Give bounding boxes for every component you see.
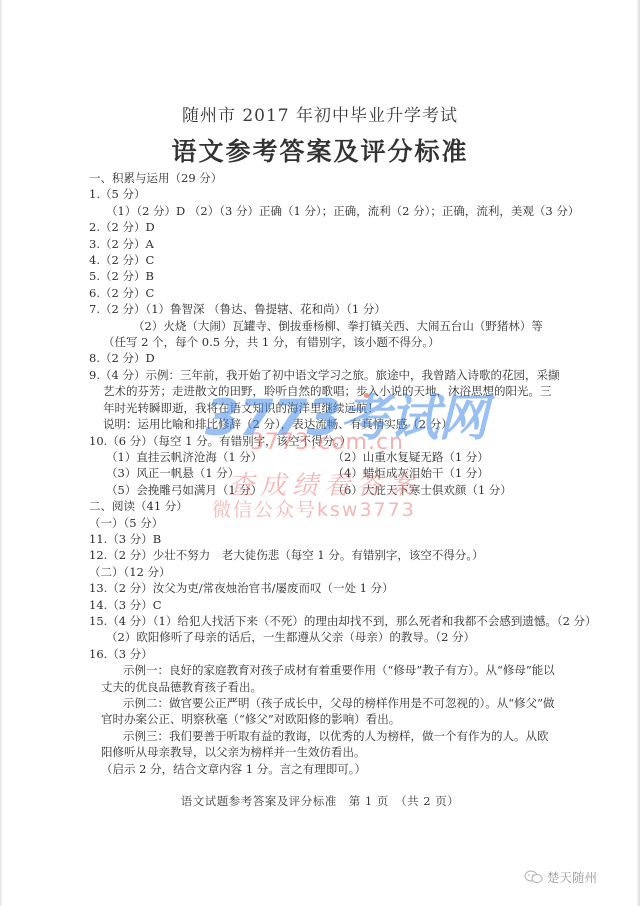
section-heading-2: 二、阅读（41 分） (89, 498, 559, 514)
question-7: 7.（2 分）（1）鲁智深 （鲁达、鲁提辖、花和尚）（1 分） (89, 301, 559, 317)
question-3: 3.（2 分）A (89, 236, 559, 252)
question-10-row-3: （5）会挽雕弓如满月（1 分） （6）大庇天下寒士俱欢颜（1 分） (89, 482, 559, 498)
watermark-dot (364, 393, 369, 398)
page-footer: 语文试题参考答案及评分标准 第 1 页 （共 2 页） (0, 793, 640, 809)
question-16-example-1: 示例一：良好的家庭教育对孩子成材有着重要作用（“修母”教子有方）。从“修母”能以… (89, 662, 559, 695)
question-10-item-4: （4）蜡炬成灰泪始干（1 分） (333, 465, 560, 481)
question-10-item-6: （6）大庇天下寒士俱欢颜（1 分） (333, 482, 560, 498)
question-14: 14.（3 分）C (89, 597, 559, 613)
question-10-item-3: （3）风正一帆悬（1 分） (106, 465, 333, 481)
brand-label: 楚天随州 (547, 868, 597, 886)
document-title: 语文参考答案及评分标准 (0, 132, 640, 168)
question-8: 8.（2 分）D (89, 350, 559, 366)
question-16-note: （启示 2 分，结合文章内容 1 分。言之有理即可。） (89, 761, 559, 777)
part-1-heading: （一）（5 分） (89, 515, 559, 531)
question-9-note: 说明：运用比喻和排比修辞（2 分），表达流畅、有真情实感（2 分） (89, 416, 559, 432)
exam-title: 随州市 2017 年初中毕业升学考试 (0, 101, 640, 126)
question-10-item-5: （5）会挽雕弓如满月（1 分） (106, 482, 333, 498)
question-13: 13.（2 分）汝父为吏/常夜烛治官书/屡废而叹（一处 1 分） (89, 580, 559, 596)
question-15-part2: （2）欧阳修听了母亲的话后，一生都遵从父亲（母亲）的教导。（2 分） (89, 629, 559, 645)
question-1-detail: （1）（2 分）D （2）（3 分）正确（1 分）；正确，流利（2 分）；正确，… (89, 203, 559, 219)
question-10-item-1: （1）直挂云帆济沧海（1 分） (106, 449, 333, 465)
question-9-line3: 年时光转瞬即逝，我将在语文知识的海洋里继续远航！ (89, 400, 559, 416)
question-16-example-2: 示例二：做官要公正严明（孩子成长中，父母的榜样作用是不可忽视的）。从“修父”做官… (89, 695, 559, 728)
question-7-part2: （2）火烧（大闹）瓦罐寺、倒拔垂杨柳、拳打镇关西、大闹五台山（野猪林）等 (89, 318, 559, 334)
question-10-row-1: （1）直挂云帆济沧海（1 分） （2）山重水复疑无路（1 分） (89, 449, 559, 465)
question-9-line2: 艺术的芬芳；走进散文的田野，聆听自然的歌唱；步入小说的天地，沐浴思想的阳光。三 (89, 383, 559, 399)
question-5: 5.（2 分）B (89, 268, 559, 284)
question-12: 12.（2 分）少壮不努力 老大徒伤悲（每空 1 分。有错别字，该空不得分。） (89, 547, 559, 563)
question-11: 11.（3 分）B (89, 531, 559, 547)
section-heading-1: 一、积累与运用（29 分） (89, 170, 559, 186)
question-2: 2.（2 分）D (89, 219, 559, 235)
question-1: 1.（5 分） (89, 186, 559, 202)
question-16-example-3: 示例三：我们要善于听取有益的教诲，以优秀的人为榜样，做一个有作为的人。从欧阳修听… (89, 728, 559, 761)
question-4: 4.（2 分）C (89, 252, 559, 268)
question-10-row-2: （3）风正一帆悬（1 分） （4）蜡炬成灰泪始干（1 分） (89, 465, 559, 481)
question-10-item-2: （2）山重水复疑无路（1 分） (333, 449, 560, 465)
question-6: 6.（2 分）C (89, 285, 559, 301)
question-9-line1: 9.（4 分）示例：三年前，我开始了初中语文学习之旅。旅途中，我曾踏入诗歌的花园… (89, 367, 559, 383)
part-2-heading: （二）（12 分） (89, 564, 559, 580)
answer-content: 一、积累与运用（29 分） 1.（5 分） （1）（2 分）D （2）（3 分）… (89, 170, 559, 777)
brand-badge: 楚天随州 (524, 868, 597, 886)
question-15-part1: 15.（4 分）（1）给犯人找活下来（不死）的理由却找不到，那么死者和我都不会感… (89, 613, 559, 629)
question-16: 16.（3 分） (89, 646, 559, 662)
wechat-icon (524, 870, 544, 884)
question-10: 10.（6 分）（每空 1 分。有错别字，该空不得分。） (89, 433, 559, 449)
question-7-note: （任写 2 个，每个 0.5 分，共 1 分，有错别字，该小题不得分。） (89, 334, 559, 350)
